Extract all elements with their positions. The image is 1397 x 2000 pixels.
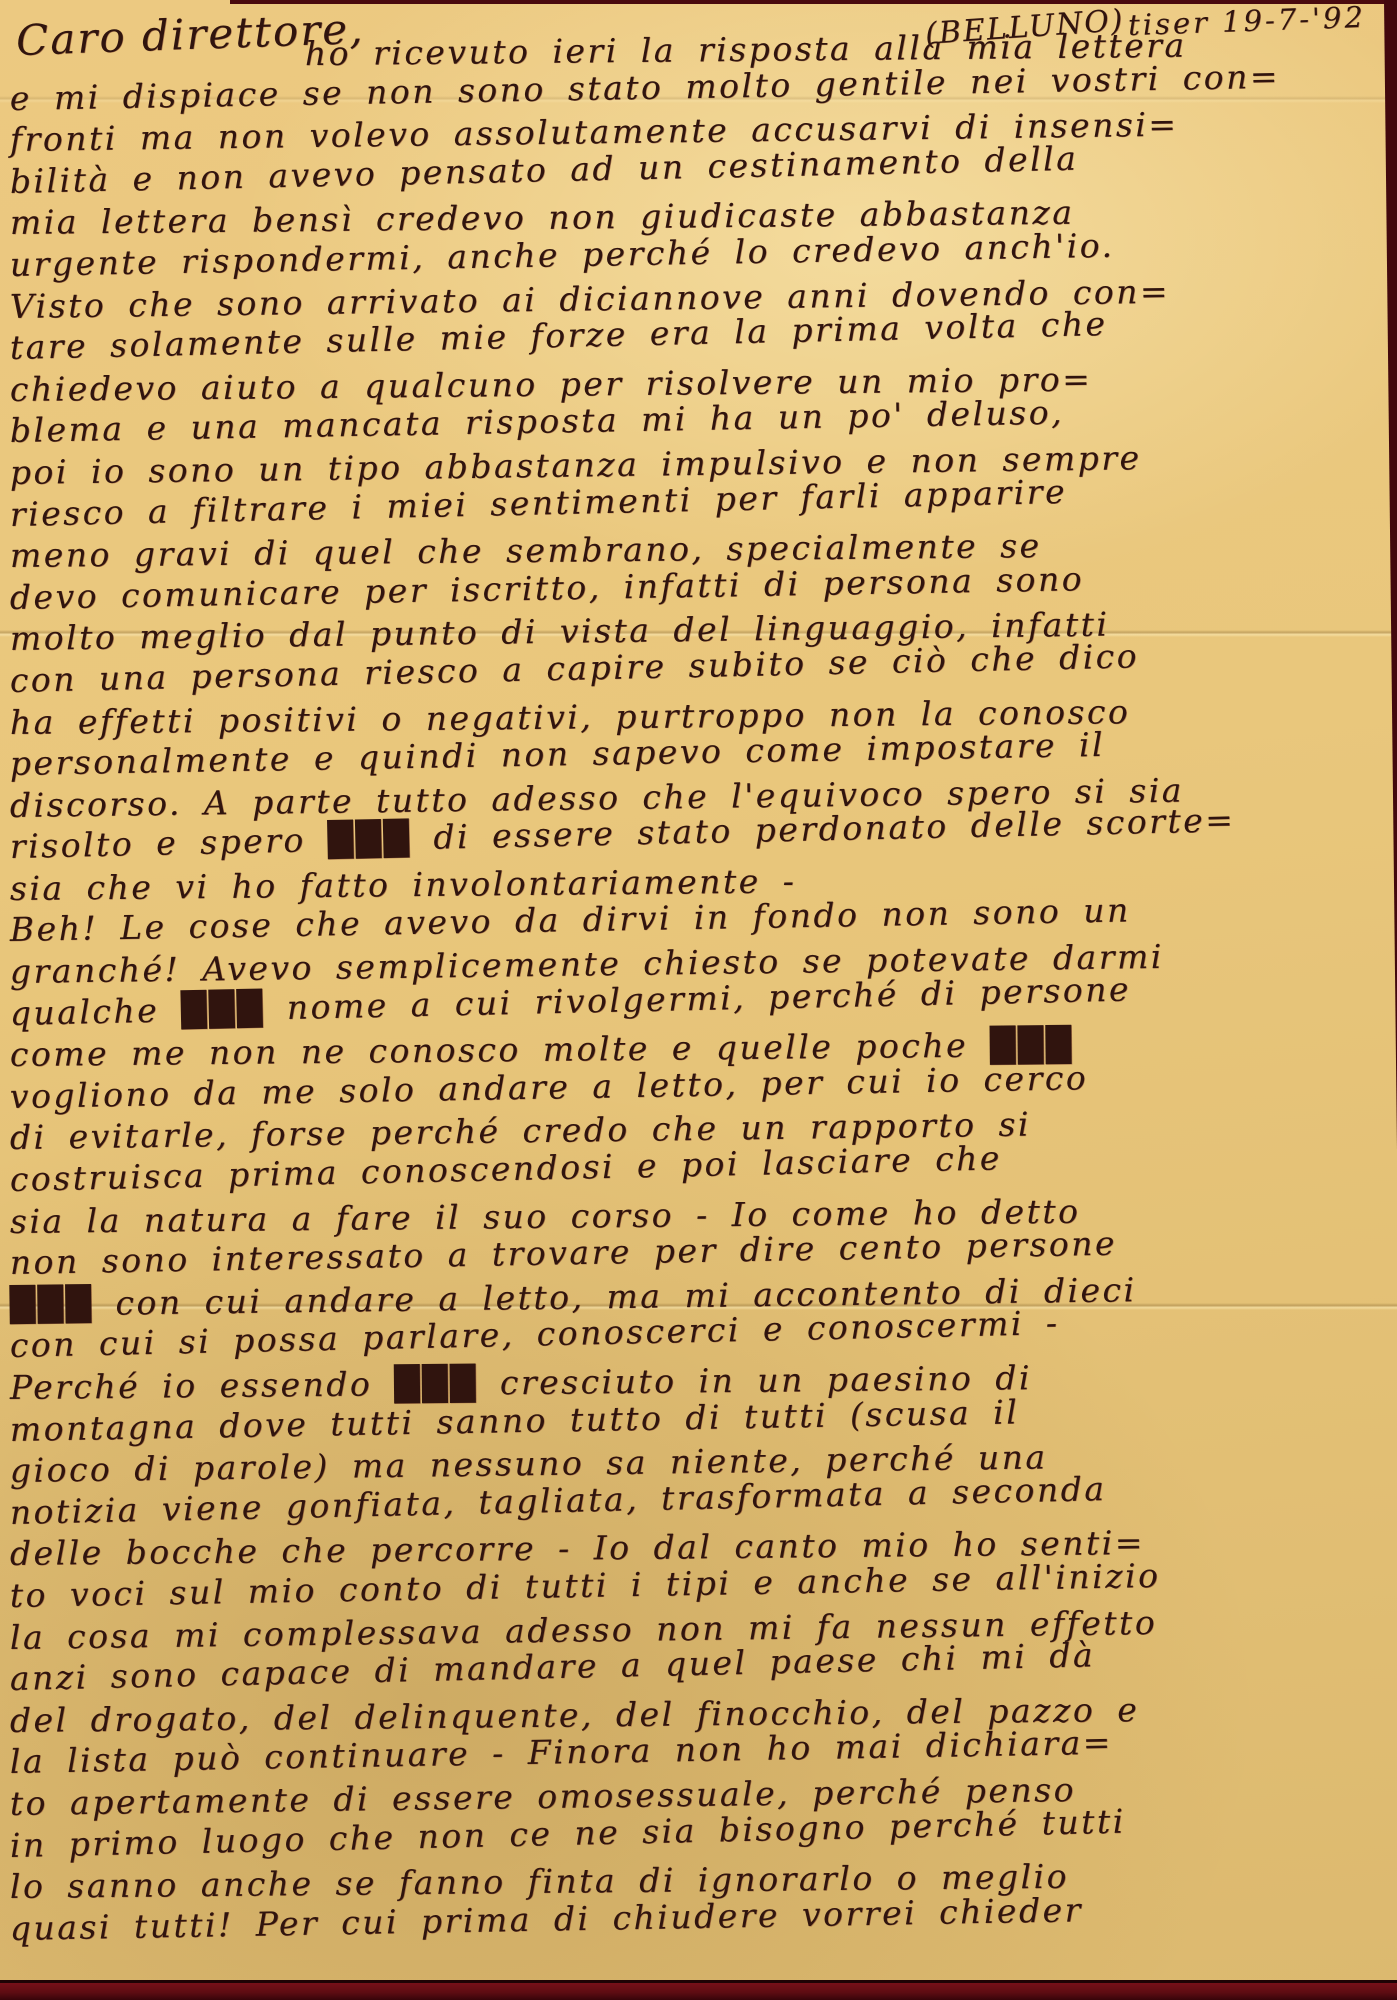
letter-paper: (BELLUNO) tiser 19-7-'92 Caro direttore,… [0, 0, 1397, 2000]
letter-body: ho ricevuto ieri la risposta alla mia le… [10, 36, 1391, 1949]
photo-edge-bottom [0, 1980, 1397, 2000]
photo-edge-top [230, 0, 1397, 4]
